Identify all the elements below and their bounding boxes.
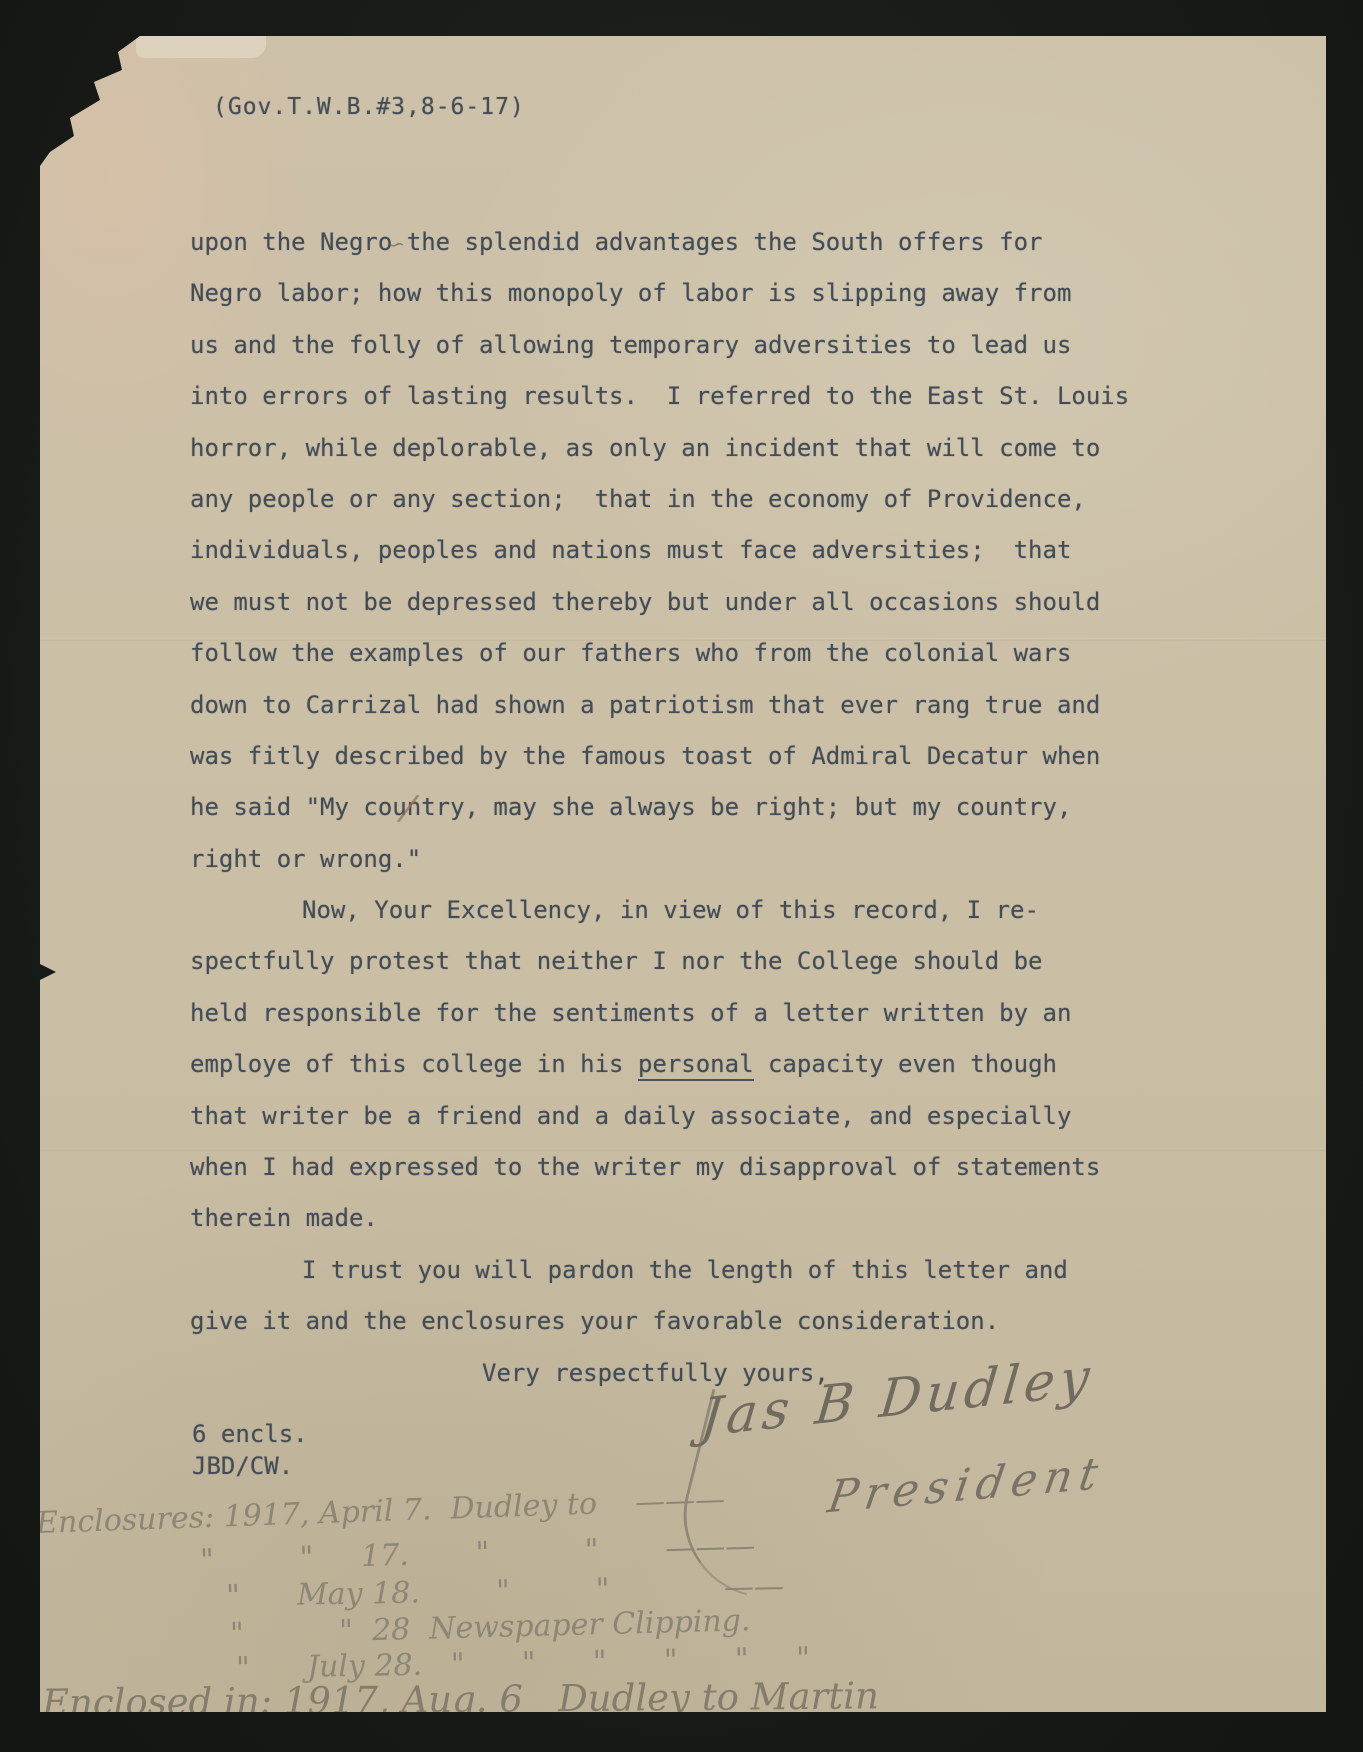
typo-correction-mark: ∽ (386, 231, 406, 257)
underlined-word: personal (638, 1050, 754, 1081)
body-line: when I had expressed to the writer my di… (190, 1142, 1250, 1193)
enclosure-count: 6 encls. (192, 1418, 308, 1450)
photo-background: (Gov.T.W.B.#3,8-6-17) upon the Negro the… (0, 0, 1363, 1752)
body-line: he said "My country, may she always be r… (190, 782, 1250, 833)
handwritten-enclosed-in-line: Enclosed in: 1917, Aug. 6 Dudley to Mart… (42, 1674, 879, 1724)
body-line: therein made. (190, 1193, 1250, 1244)
body-line-paragraph-start: I trust you will pardon the length of th… (190, 1245, 1250, 1296)
body-line-pre: employe of this college in his (190, 1050, 638, 1078)
filing-reference: (Gov.T.W.B.#3,8-6-17) (213, 94, 525, 120)
body-line: spectfully protest that neither I nor th… (190, 936, 1250, 987)
body-line: us and the folly of allowing temporary a… (190, 320, 1250, 371)
body-line: give it and the enclosures your favorabl… (190, 1296, 1250, 1347)
body-line-post: capacity even though (754, 1050, 1057, 1078)
typed-footer: 6 encls. JBD/CW. (192, 1418, 308, 1482)
body-line: right or wrong." (190, 834, 1250, 885)
torn-edge-chip (136, 36, 266, 58)
body-line: any people or any section; that in the e… (190, 474, 1250, 525)
letter-page: (Gov.T.W.B.#3,8-6-17) upon the Negro the… (40, 36, 1326, 1712)
body-line: was fitly described by the famous toast … (190, 731, 1250, 782)
body-line: individuals, peoples and nations must fa… (190, 525, 1250, 576)
typist-initials: JBD/CW. (192, 1450, 308, 1482)
body-line: we must not be depressed thereby but und… (190, 577, 1250, 628)
signature-title: President (824, 1447, 1108, 1523)
body-line: upon the Negro the splendid advantages t… (190, 217, 1250, 268)
body-line: down to Carrizal had shown a patriotism … (190, 680, 1250, 731)
body-line: Negro labor; how this monopoly of labor … (190, 268, 1250, 319)
body-line-paragraph-start: Now, Your Excellency, in view of this re… (190, 885, 1250, 936)
body-line: that writer be a friend and a daily asso… (190, 1091, 1250, 1142)
body-line: follow the examples of our fathers who f… (190, 628, 1250, 679)
body-line-with-underline: employe of this college in his personal … (190, 1039, 1250, 1090)
body-line: into errors of lasting results. I referr… (190, 371, 1250, 422)
letter-body: upon the Negro the splendid advantages t… (190, 217, 1250, 1399)
body-line: horror, while deplorable, as only an inc… (190, 423, 1250, 474)
body-line: held responsible for the sentiments of a… (190, 988, 1250, 1039)
